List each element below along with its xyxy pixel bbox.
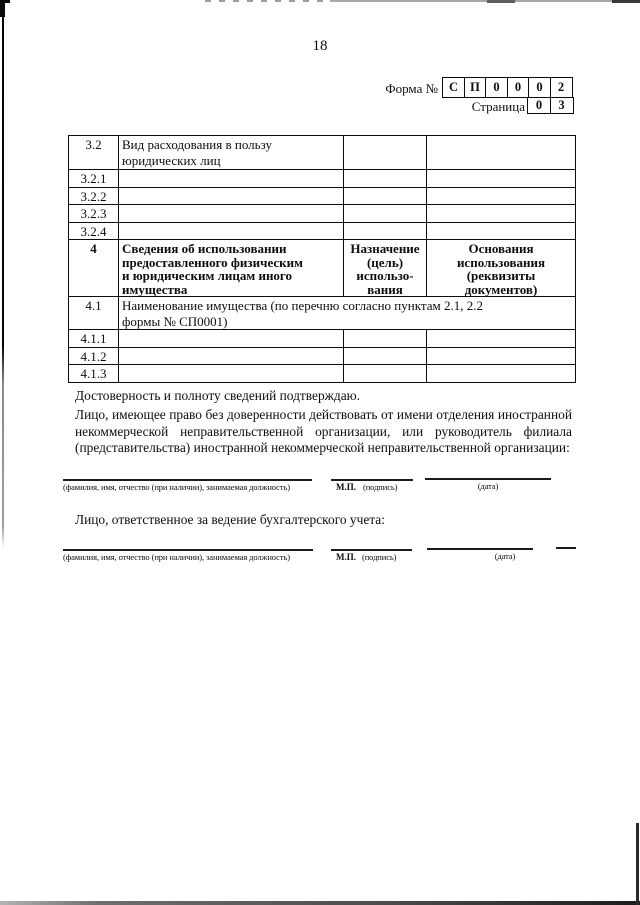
row-text-cell: [119, 170, 344, 188]
row-text-cell: Вид расходования в пользу юридических ли…: [119, 136, 344, 170]
scan-top-edge-line: [330, 0, 487, 2]
page-code-boxes: 0 3: [527, 97, 574, 114]
row-empty-cell: [344, 187, 427, 205]
row-empty-cell: [344, 347, 427, 365]
document-page: 18 Форма № С П 0 0 0 2 Страница 0 3 3.2 …: [0, 0, 640, 905]
row-empty-cell: [427, 170, 576, 188]
table-row: 3.2.2: [69, 187, 576, 205]
name-position-caption: (фамилия, имя, отчество (при наличии), з…: [63, 483, 290, 492]
signature-name-line: [63, 479, 312, 481]
seal-place-label-2: М.П.: [336, 552, 356, 562]
report-table: 3.2 Вид расходования в пользу юридически…: [68, 135, 576, 383]
column-header-purpose: Назначение (цель) использо- вания: [344, 240, 427, 297]
row-empty-cell: [344, 170, 427, 188]
section-title-cell: Сведения об использовании предоставленно…: [119, 240, 344, 297]
confirmation-statement: Достоверность и полноту сведений подтвер…: [75, 388, 572, 405]
signature-date-line: [425, 478, 551, 480]
row-number-cell: 3.2.4: [69, 222, 119, 240]
scan-bottom-edge-line: [0, 901, 640, 905]
page-code-cell: 0: [527, 97, 551, 114]
row-empty-cell: [427, 205, 576, 223]
date-caption-2: (дата): [450, 552, 560, 561]
form-number-cell: 2: [550, 77, 573, 98]
row-text-cell: [119, 187, 344, 205]
form-number-cell: 0: [485, 77, 508, 98]
authorized-person-statement: Лицо, имеющее право без доверенности дей…: [75, 407, 572, 457]
scan-left-edge-line: [2, 0, 4, 548]
row-empty-cell: [344, 205, 427, 223]
row-text-cell: [119, 205, 344, 223]
row-number-cell: 4.1.3: [69, 365, 119, 383]
seal-place-label: М.П.: [336, 482, 356, 492]
row-empty-cell: [344, 136, 427, 170]
row-number-cell: 4.1.2: [69, 347, 119, 365]
signature-sign-line-2: [331, 549, 412, 551]
scan-top-edge-dashes: [205, 0, 330, 2]
table-row: 4.1.2: [69, 347, 576, 365]
scan-top-edge-dark-segment-2: [612, 0, 640, 3]
row-empty-cell: [427, 347, 576, 365]
signature-name-line-2: [63, 549, 313, 551]
row-text-cell: [119, 330, 344, 348]
row-number-cell: 3.2: [69, 136, 119, 170]
column-header-grounds: Основания использования (реквизиты докум…: [427, 240, 576, 297]
table-row: 4.1 Наименование имущества (по перечню с…: [69, 297, 576, 330]
signature-date-line-2b: [556, 547, 576, 549]
table-row: 3.2.3: [69, 205, 576, 223]
page-number: 18: [0, 38, 640, 55]
row-number-cell: 4.1: [69, 297, 119, 330]
row-text-cell: Наименование имущества (по перечню согла…: [119, 297, 576, 330]
name-position-caption-2: (фамилия, имя, отчество (при наличии), з…: [63, 553, 290, 562]
signature-date-line-2: [427, 548, 533, 550]
row-number-cell: 3.2.2: [69, 187, 119, 205]
form-number-boxes: С П 0 0 0 2: [442, 77, 573, 98]
form-number-cell: 0: [507, 77, 530, 98]
table-row: 4.1.1: [69, 330, 576, 348]
row-empty-cell: [427, 136, 576, 170]
scan-top-edge-dark-segment: [487, 0, 515, 3]
row-number-cell: 3.2.1: [69, 170, 119, 188]
page-code-label: Страница: [452, 99, 525, 115]
row-empty-cell: [344, 222, 427, 240]
table-row: 3.2 Вид расходования в пользу юридически…: [69, 136, 576, 170]
table-section-header-row: 4 Сведения об использовании предоставлен…: [69, 240, 576, 297]
form-number-cell: П: [464, 77, 487, 98]
signature-sign-line: [331, 479, 413, 481]
row-text-cell: [119, 365, 344, 383]
date-caption: (дата): [425, 482, 551, 491]
form-number-cell: 0: [528, 77, 551, 98]
row-number-cell: 4.1.1: [69, 330, 119, 348]
form-number-label: Форма №: [384, 81, 438, 97]
scan-right-edge-line: [636, 823, 639, 905]
form-number-cell: С: [442, 77, 465, 98]
row-empty-cell: [427, 187, 576, 205]
signature-caption-2: (подпись): [362, 553, 396, 562]
scan-top-edge-line-2: [515, 0, 612, 2]
row-empty-cell: [344, 330, 427, 348]
row-empty-cell: [427, 330, 576, 348]
row-empty-cell: [427, 365, 576, 383]
row-text-cell: [119, 347, 344, 365]
page-code-cell: 3: [550, 97, 574, 114]
row-empty-cell: [344, 365, 427, 383]
table-row: 4.1.3: [69, 365, 576, 383]
scan-topleft-corner-mark-h: [0, 0, 10, 3]
row-text-cell: [119, 222, 344, 240]
row-number-cell: 4: [69, 240, 119, 297]
table-row: 3.2.4: [69, 222, 576, 240]
table-row: 3.2.1: [69, 170, 576, 188]
signature-caption: (подпись): [363, 483, 397, 492]
row-number-cell: 3.2.3: [69, 205, 119, 223]
accounting-person-statement: Лицо, ответственное за ведение бухгалтер…: [75, 512, 572, 529]
row-empty-cell: [427, 222, 576, 240]
scan-topleft-corner-mark: [0, 0, 5, 17]
